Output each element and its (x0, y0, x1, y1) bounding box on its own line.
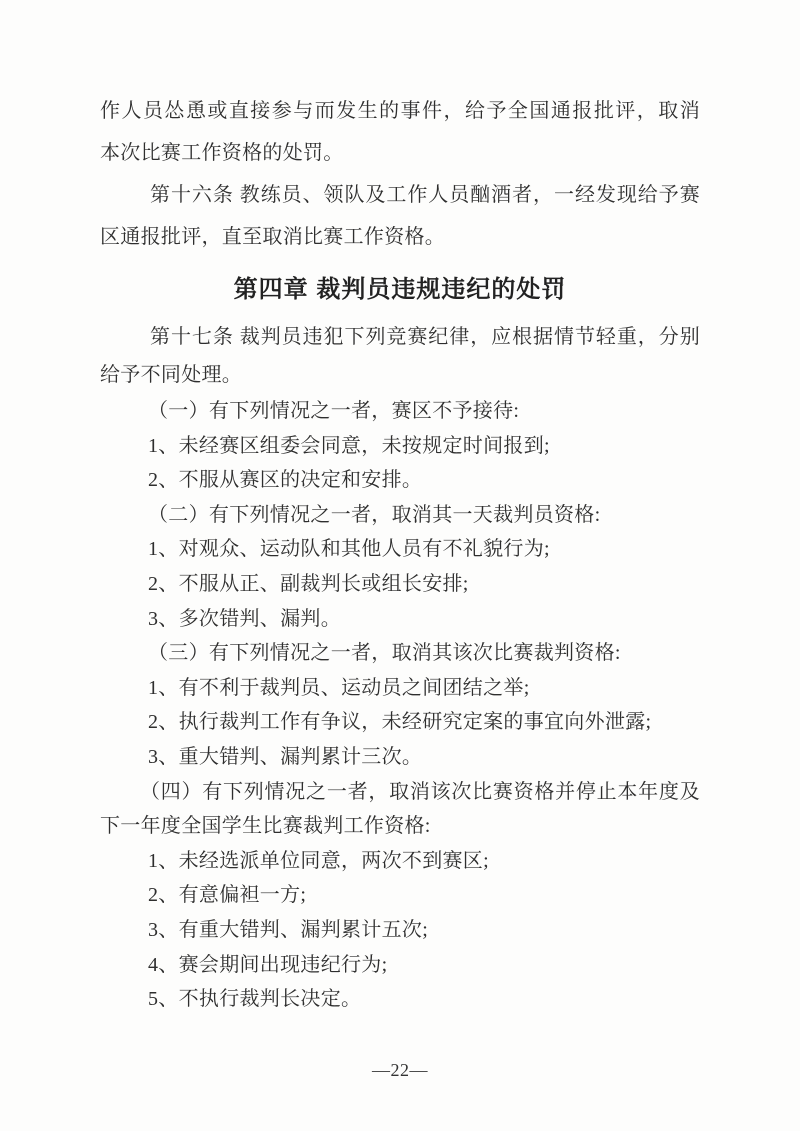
list-item: 3、有重大错判、漏判累计五次; (100, 913, 700, 948)
paragraph-line: 第十六条 教练员、领队及工作人员酗酒者，一经发现给予赛 (100, 174, 700, 216)
paragraph-line: 给予不同处理。 (100, 356, 700, 394)
list-item: 1、未经赛区组委会同意，未按规定时间报到; (100, 429, 700, 464)
list-item: 5、不执行裁判长决定。 (100, 982, 700, 1017)
page-number: —22— (0, 1060, 800, 1081)
paragraph-line: 本次比赛工作资格的处罚。 (100, 132, 700, 174)
section-4-heading-line: （四）有下列情况之一者，取消该次比赛资格并停止本年度及 (100, 775, 700, 810)
paragraph-continuation: 作人员怂恿或直接参与而发生的事件，给予全国通报批评，取消 本次比赛工作资格的处罚… (100, 90, 700, 174)
list-item: 2、不服从赛区的决定和安排。 (100, 463, 700, 498)
list-item: 3、重大错判、漏判累计三次。 (100, 740, 700, 775)
paragraph-line: 第十七条 裁判员违犯下列竞赛纪律，应根据情节轻重，分别 (100, 318, 700, 356)
section-2-heading: （二）有下列情况之一者，取消其一天裁判员资格: (100, 498, 700, 533)
list-item: 2、有意偏袒一方; (100, 878, 700, 913)
paragraph-line: 作人员怂恿或直接参与而发生的事件，给予全国通报批评，取消 (100, 90, 700, 132)
article-17-lead-paragraph: 第十七条 裁判员违犯下列竞赛纪律，应根据情节轻重，分别 给予不同处理。 (100, 318, 700, 394)
list-item: 2、执行裁判工作有争议，未经研究定案的事宜向外泄露; (100, 705, 700, 740)
section-4-heading-line: 下一年度全国学生比赛裁判工作资格: (100, 809, 700, 844)
list-item: 4、赛会期间出现违纪行为; (100, 948, 700, 983)
list-item: 1、对观众、运动队和其他人员有不礼貌行为; (100, 532, 700, 567)
document-page: 作人员怂恿或直接参与而发生的事件，给予全国通报批评，取消 本次比赛工作资格的处罚… (0, 0, 800, 1131)
list-item: 1、未经选派单位同意，两次不到赛区; (100, 844, 700, 879)
list-item: 2、不服从正、副裁判长或组长安排; (100, 567, 700, 602)
list-item: 3、多次错判、漏判。 (100, 602, 700, 637)
paragraph-line: 区通报批评，直至取消比赛工作资格。 (100, 216, 700, 258)
article-17-clauses: （一）有下列情况之一者，赛区不予接待: 1、未经赛区组委会同意，未按规定时间报到… (100, 394, 700, 1017)
document-body: 作人员怂恿或直接参与而发生的事件，给予全国通报批评，取消 本次比赛工作资格的处罚… (100, 90, 700, 1017)
section-3-heading: （三）有下列情况之一者，取消其该次比赛裁判资格: (100, 636, 700, 671)
chapter-heading: 第四章 裁判员违规违纪的处罚 (100, 272, 700, 308)
list-item: 1、有不利于裁判员、运动员之间团结之举; (100, 671, 700, 706)
article-16-paragraph: 第十六条 教练员、领队及工作人员酗酒者，一经发现给予赛 区通报批评，直至取消比赛… (100, 174, 700, 258)
section-1-heading: （一）有下列情况之一者，赛区不予接待: (100, 394, 700, 429)
